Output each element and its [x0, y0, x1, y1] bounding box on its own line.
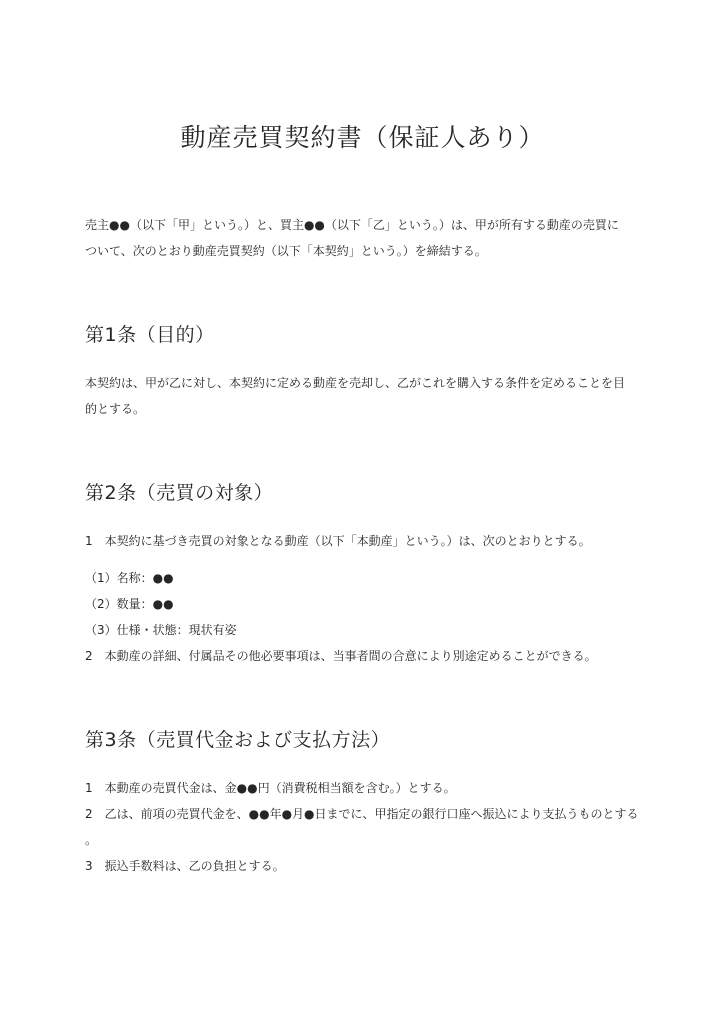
text-line: 3 振込手数料は、乙の負担とする。	[85, 853, 640, 879]
document-page: 動産売買契約書（保証人あり） 売主●●（以下「甲」という。）と、買主●●（以下「…	[0, 0, 724, 1024]
article-2-item-1: 1 本契約に基づき売買の対象となる動産（以下「本動産」という。）は、次のとおりと…	[85, 528, 640, 554]
article-2-item-2: 2 本動産の詳細、付属品その他必要事項は、当事者間の合意により別途定めることがで…	[85, 643, 640, 669]
article-2-sub-list: （1）名称：●● （2）数量：●● （3）仕様・状態：現状有姿	[85, 565, 640, 643]
article-3-heading: 第3条（売買代金および支払方法）	[85, 725, 640, 755]
text-line: ついて、次のとおり動産売買契約（以下「本契約」という。）を締結する。	[85, 238, 640, 264]
intro-paragraph: 売主●●（以下「甲」という。）と、買主●●（以下「乙」という。）は、甲が所有する…	[85, 212, 640, 264]
article-2-heading: 第2条（売買の対象）	[85, 478, 640, 508]
text-line: 1 本契約に基づき売買の対象となる動産（以下「本動産」という。）は、次のとおりと…	[85, 528, 640, 554]
list-item: （1）名称：●●	[85, 565, 640, 591]
text-line: 。	[85, 827, 640, 853]
article-1-body: 本契約は、甲が乙に対し、本契約に定める動産を売却し、乙がこれを購入する条件を定め…	[85, 370, 640, 422]
document-title: 動産売買契約書（保証人あり）	[85, 122, 640, 154]
text-line: 本契約は、甲が乙に対し、本契約に定める動産を売却し、乙がこれを購入する条件を定め…	[85, 370, 640, 396]
list-item: （3）仕様・状態：現状有姿	[85, 617, 640, 643]
text-line: 的とする。	[85, 396, 640, 422]
list-item: （2）数量：●●	[85, 591, 640, 617]
text-line: 2 本動産の詳細、付属品その他必要事項は、当事者間の合意により別途定めることがで…	[85, 643, 640, 669]
text-line: 売主●●（以下「甲」という。）と、買主●●（以下「乙」という。）は、甲が所有する…	[85, 212, 640, 238]
article-1-heading: 第1条（目的）	[85, 320, 640, 350]
text-line: 2 乙は、前項の売買代金を、●●年●月●日までに、甲指定の銀行口座へ振込により支…	[85, 801, 640, 827]
text-line: 1 本動産の売買代金は、金●●円（消費税相当額を含む。）とする。	[85, 775, 640, 801]
article-3-body: 1 本動産の売買代金は、金●●円（消費税相当額を含む。）とする。 2 乙は、前項…	[85, 775, 640, 879]
